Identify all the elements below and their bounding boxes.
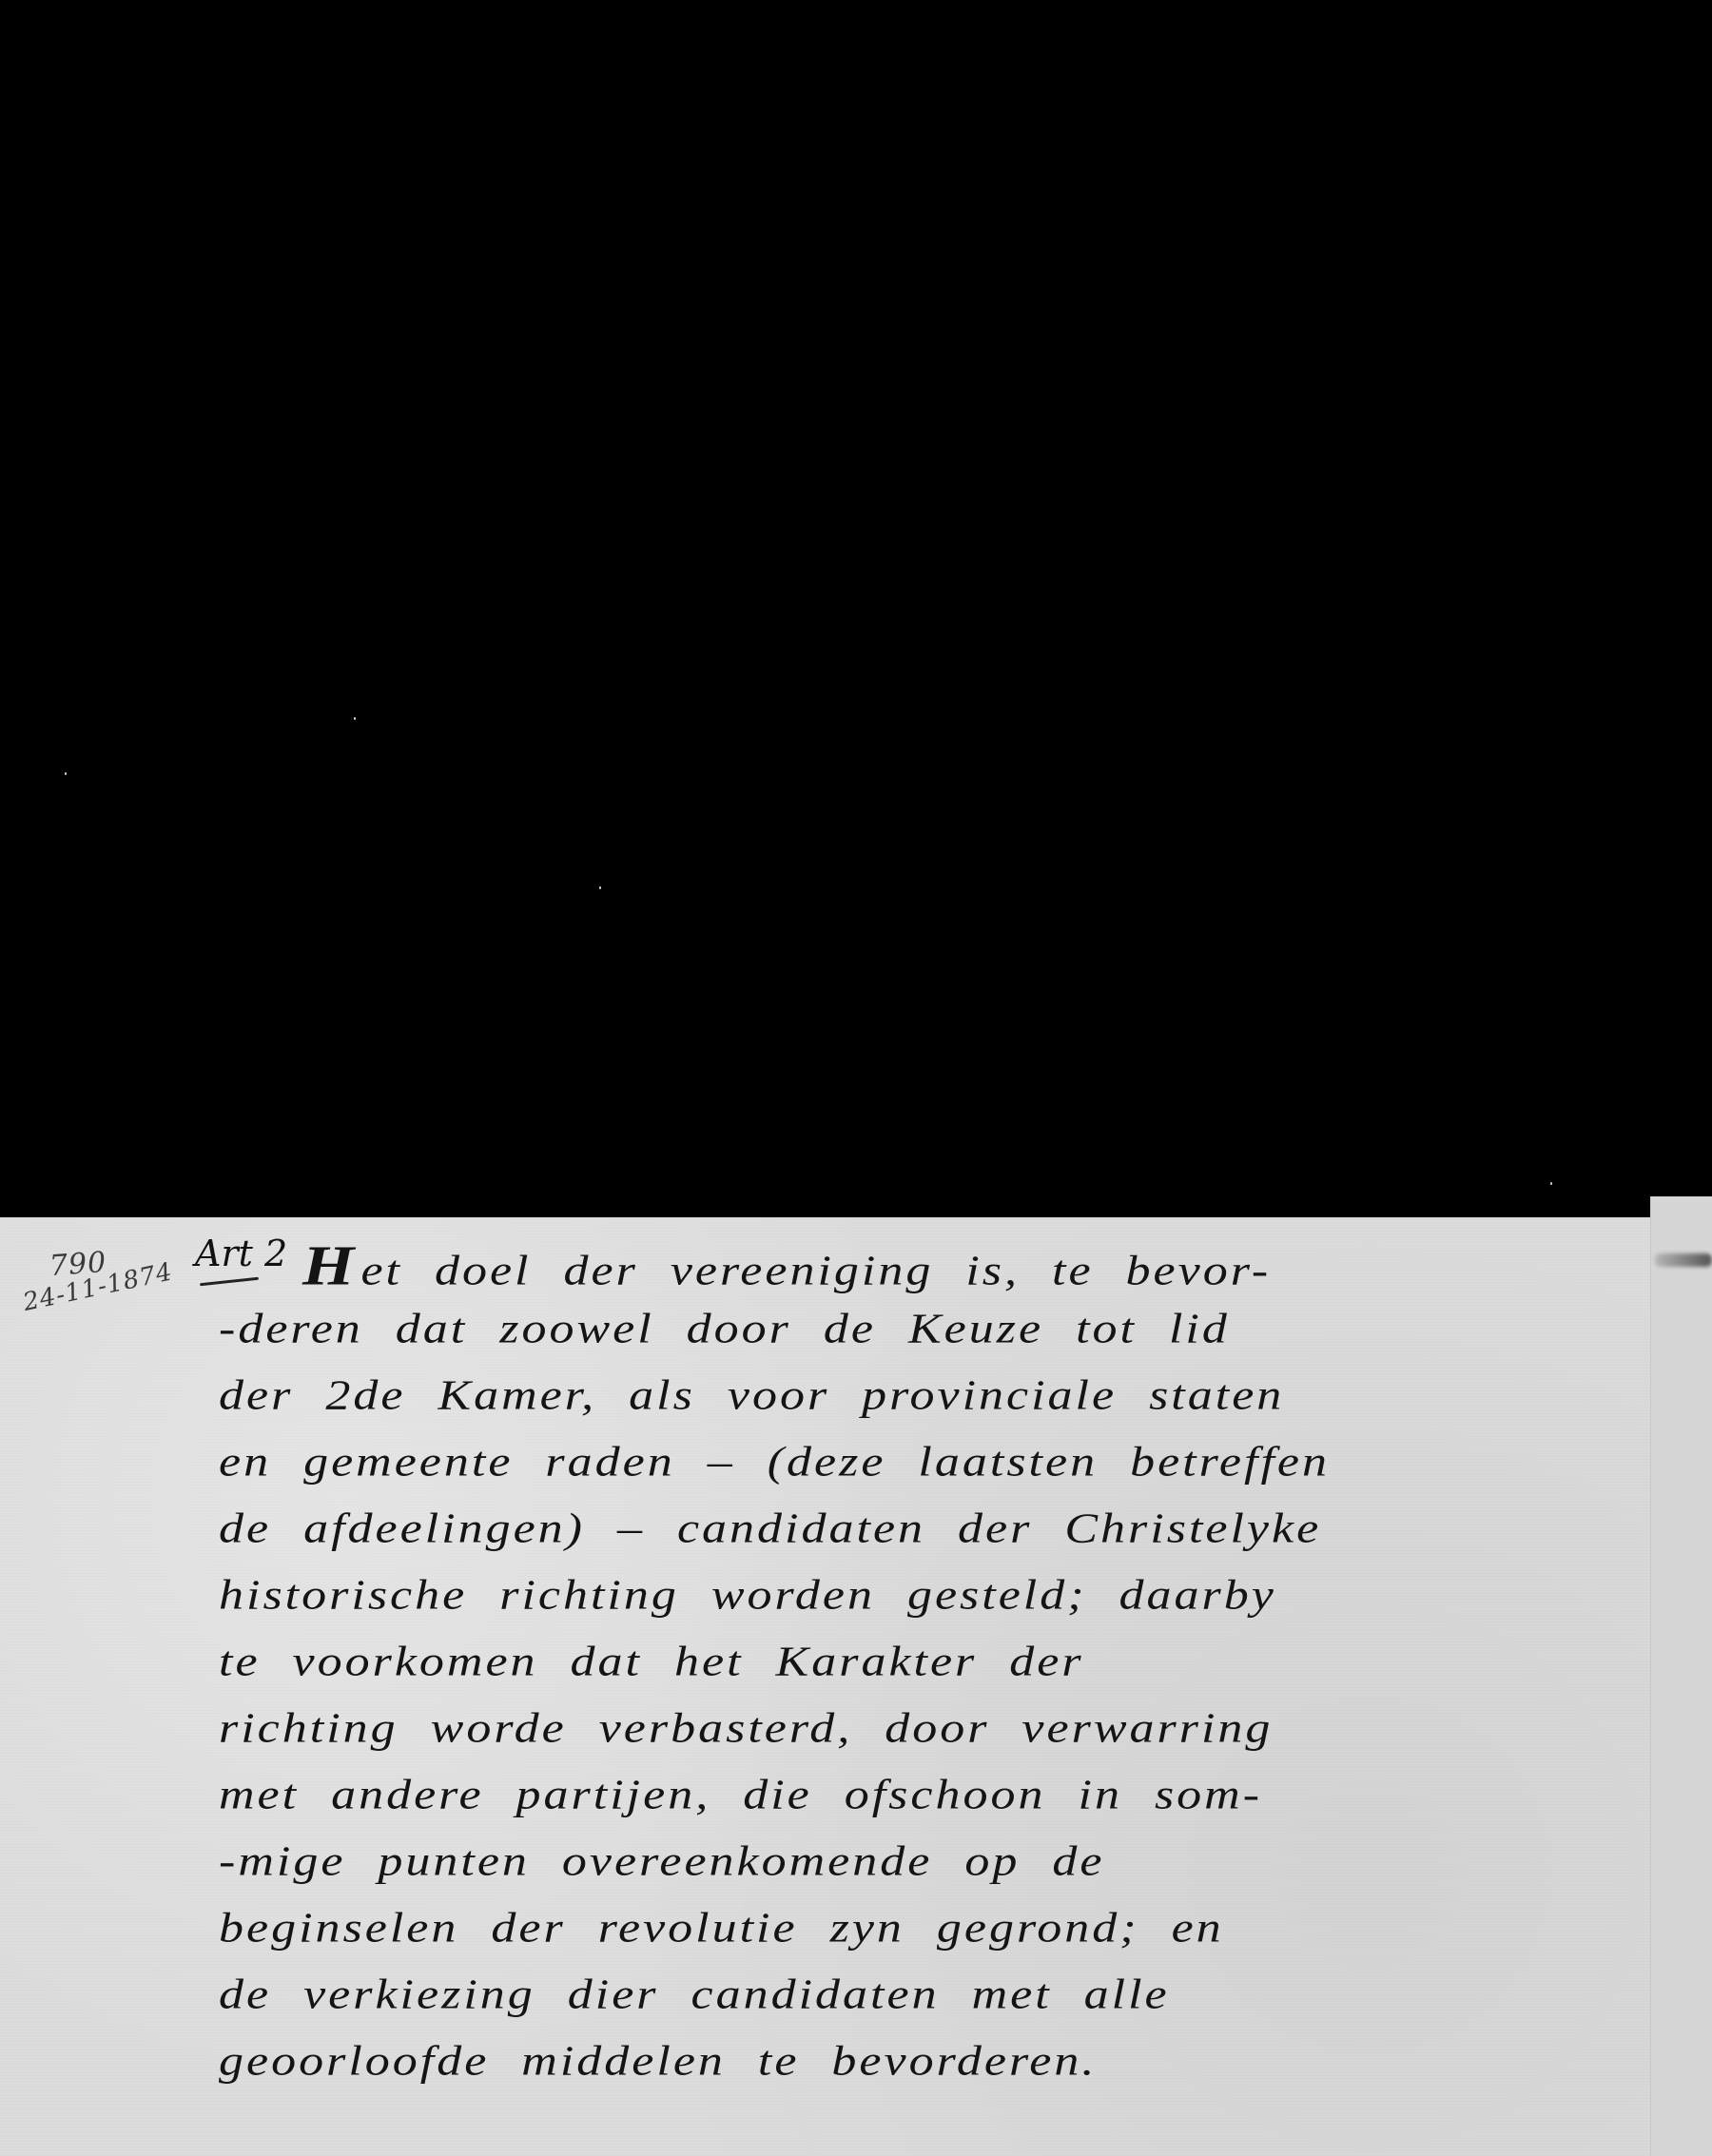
dust-speck	[599, 886, 601, 889]
handwritten-line-7: te voorkomen dat het Karakter der	[219, 1638, 1084, 1685]
dust-speck	[354, 717, 356, 720]
handwritten-line-9: met andere partijen, die ofschoon in som…	[219, 1771, 1262, 1818]
paper-edge-strip	[1650, 1196, 1712, 2156]
handwritten-line-11: beginselen der revolutie zyn gegrond; en	[219, 1904, 1224, 1952]
handwritten-line-4: en gemeente raden – (deze laatsten betre…	[219, 1438, 1330, 1486]
black-scan-background	[0, 0, 1712, 1219]
dust-speck	[1550, 1182, 1552, 1185]
handwritten-line-2: -deren dat zoowel door de Keuze tot lid	[219, 1305, 1230, 1352]
handwritten-line-12: de verkiezing dier candidaten met alle	[219, 1971, 1170, 2018]
handwritten-line-8: richting worde verbasterd, door verwarri…	[219, 1704, 1273, 1752]
dust-speck	[65, 772, 67, 775]
ink-smudge	[1655, 1253, 1712, 1267]
handwritten-line-13: geoorloofde middelen te bevorderen.	[219, 2037, 1097, 2085]
handwritten-line-10: -mige punten overeenkomende op de	[219, 1837, 1104, 1885]
decorated-initial: H	[302, 1235, 357, 1297]
handwritten-line-1: Het doel der vereeniging is, te bevor-	[302, 1234, 1271, 1299]
handwritten-line-6: historische richting worden gesteld; daa…	[219, 1571, 1276, 1619]
handwritten-line-5: de afdeelingen) – candidaten der Christe…	[219, 1505, 1321, 1552]
article-label: Art 2	[195, 1233, 287, 1274]
scanned-document: 790 24-11-1874 Art 2 Het doel der vereen…	[0, 0, 1712, 2156]
handwritten-line-3: der 2de Kamer, als voor provinciale stat…	[219, 1371, 1284, 1419]
